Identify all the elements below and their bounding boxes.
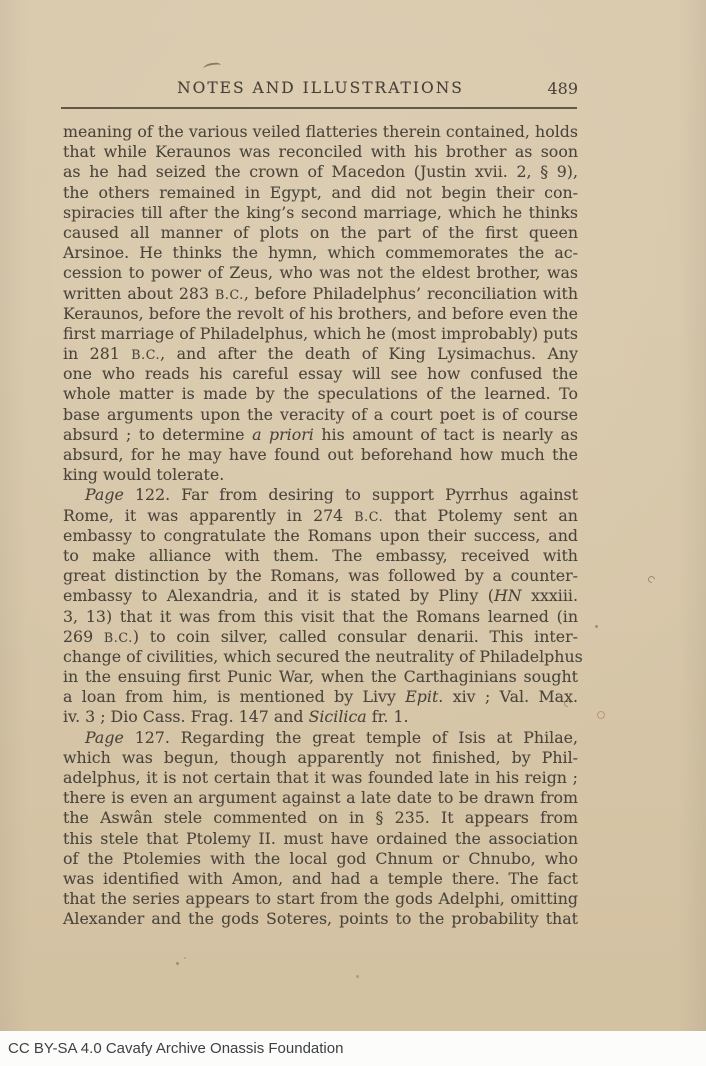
text-line: which was begun, though apparently not f… xyxy=(63,748,578,768)
ink-squiggle-mark xyxy=(203,62,222,72)
text-line: in the ensuing first Punic War, when the… xyxy=(63,667,578,687)
text-line: absurd ; to determine a priori his amoun… xyxy=(63,425,578,445)
text-line: that the series appears to start from th… xyxy=(63,889,578,909)
text-line: king would tolerate. xyxy=(63,465,578,485)
text-line: great distinction by the Romans, was fol… xyxy=(63,566,578,586)
stain-speck xyxy=(184,957,186,959)
license-text: CC BY-SA 4.0 Cavafy Archive Onassis Foun… xyxy=(8,1040,343,1057)
text-line: as he had seized the crown of Macedon (J… xyxy=(63,162,578,182)
text-line: meaning of the various veiled flatteries… xyxy=(63,122,578,142)
text-line: written about 283 B.C., before Philadelp… xyxy=(63,284,578,304)
page-body: meaning of the various veiled flatteries… xyxy=(63,122,578,930)
paragraph: Page 122. Far from desiring to support P… xyxy=(63,485,578,727)
stain-speck xyxy=(595,625,598,628)
text-line: this stele that Ptolemy II. must have or… xyxy=(63,829,578,849)
text-line: was identified with Amon, and had a temp… xyxy=(63,869,578,889)
text-line: 3, 13) that it was from this visit that … xyxy=(63,607,578,627)
text-line: embassy to congratulate the Romans upon … xyxy=(63,526,578,546)
text-line: Arsinoe. He thinks the hymn, which comme… xyxy=(63,243,578,263)
text-line: absurd, for he may have found out before… xyxy=(63,445,578,465)
page-number: 489 xyxy=(547,79,578,98)
text-line: cession to power of Zeus, who was not th… xyxy=(63,263,578,283)
text-line: of the Ptolemies with the local god Chnu… xyxy=(63,849,578,869)
text-line: the Aswân stele commented on in § 235. I… xyxy=(63,808,578,828)
text-line: there is even an argument against a late… xyxy=(63,788,578,808)
page-header: NOTES AND ILLUSTRATIONS 489 xyxy=(63,79,578,99)
running-head-title: NOTES AND ILLUSTRATIONS xyxy=(63,79,578,97)
stain-speck xyxy=(647,575,657,585)
text-line: iv. 3 ; Dio Cass. Frag. 147 and Sicilica… xyxy=(63,707,578,727)
text-line: base arguments upon the veracity of a co… xyxy=(63,405,578,425)
paragraph: meaning of the various veiled flatteries… xyxy=(63,122,578,485)
license-bar: CC BY-SA 4.0 Cavafy Archive Onassis Foun… xyxy=(0,1031,706,1066)
text-line: adelphus, it is not certain that it was … xyxy=(63,768,578,788)
text-line: Rome, it was apparently in 274 B.C. that… xyxy=(63,506,578,526)
stain-speck xyxy=(176,962,179,965)
text-line: to make alliance with them. The embassy,… xyxy=(63,546,578,566)
text-line: whole matter is made by the speculations… xyxy=(63,384,578,404)
text-line: caused all manner of plots on the part o… xyxy=(63,223,578,243)
text-line: 269 B.C.) to coin silver, called consula… xyxy=(63,627,578,647)
text-line: Page 122. Far from desiring to support P… xyxy=(63,485,578,505)
text-line: change of civilities, which secured the … xyxy=(63,647,578,667)
text-line: embassy to Alexandria, and it is stated … xyxy=(63,586,578,606)
text-line: Alexander and the gods Soteres, points t… xyxy=(63,909,578,929)
text-line: one who reads his careful essay will see… xyxy=(63,364,578,384)
text-line: the others remained in Egypt, and did no… xyxy=(63,183,578,203)
text-line: Keraunos, before the revolt of his broth… xyxy=(63,304,578,324)
stain-speck xyxy=(597,711,605,719)
text-line: spiracies till after the king’s second m… xyxy=(63,203,578,223)
book-page-scan: NOTES AND ILLUSTRATIONS 489 meaning of t… xyxy=(0,0,706,1066)
paragraph: Page 127. Regarding the great temple of … xyxy=(63,728,578,930)
text-line: that while Keraunos was reconciled with … xyxy=(63,142,578,162)
text-line: a loan from him, is mentioned by Livy Ep… xyxy=(63,687,578,707)
stain-speck xyxy=(356,975,359,978)
text-line: in 281 B.C., and after the death of King… xyxy=(63,344,578,364)
text-line: first marriage of Philadelphus, which he… xyxy=(63,324,578,344)
header-rule xyxy=(61,107,577,109)
text-line: Page 127. Regarding the great temple of … xyxy=(63,728,578,748)
